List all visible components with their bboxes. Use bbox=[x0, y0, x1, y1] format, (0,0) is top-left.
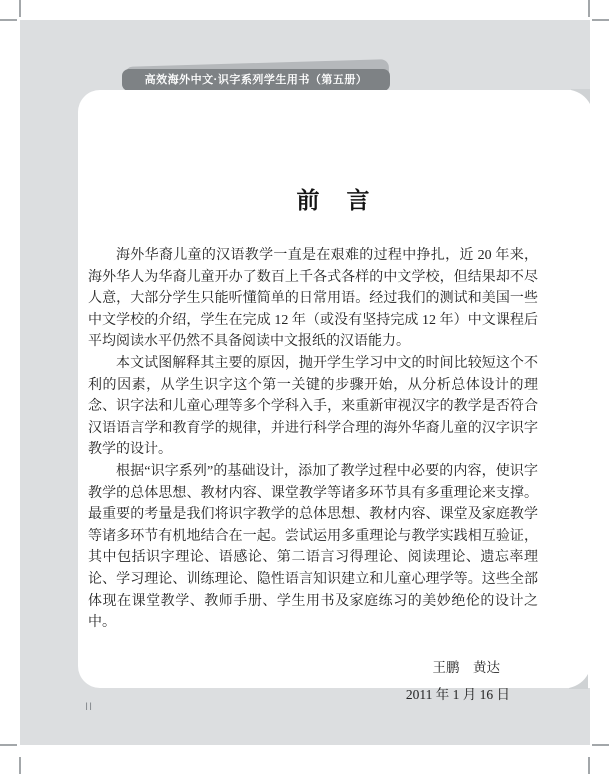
preface-paragraph: 根据“识字系列”的基础设计，添加了教学过程中必要的内容，使识字教学的总体思想、教… bbox=[88, 461, 538, 634]
page-number: II bbox=[85, 701, 93, 713]
signature-date: 2011 年 1 月 16 日 bbox=[88, 681, 510, 708]
scanned-preface-page: { "page": { "banner": "高效海外中文·识字系列学生用书（第… bbox=[0, 0, 609, 774]
content-panel: 前 言 海外华裔儿童的汉语教学一直是在艰难的过程中挣扎，近 20 年来，海外华人… bbox=[78, 90, 590, 688]
preface-paragraph: 海外华裔儿童的汉语教学一直是在艰难的过程中挣扎，近 20 年来，海外华人为华裔儿… bbox=[88, 245, 538, 353]
page-sheet: 高效海外中文·识字系列学生用书（第五册） 前 言 海外华裔儿童的汉语教学一直是在… bbox=[20, 20, 590, 745]
signature-block: 王鹏 黄达 2011 年 1 月 16 日 bbox=[88, 654, 538, 708]
preface-title: 前 言 bbox=[78, 182, 590, 215]
page-curl-top-decoration bbox=[571, 89, 590, 104]
crop-mark-line bbox=[592, 19, 609, 21]
crop-mark-line bbox=[19, 757, 21, 774]
crop-mark-line bbox=[588, 0, 590, 17]
crop-mark-line bbox=[0, 19, 17, 21]
signature-names: 王鹏 黄达 bbox=[88, 654, 510, 681]
preface-body: 海外华裔儿童的汉语教学一直是在艰难的过程中挣扎，近 20 年来，海外华人为华裔儿… bbox=[88, 245, 538, 634]
preface-paragraph: 本文试图解释其主要的原因，抛开学生学习中文的时间比较短这个不利的因素，从学生识字… bbox=[88, 353, 538, 461]
page-curl-bottom-decoration bbox=[569, 674, 588, 689]
crop-mark-line bbox=[19, 0, 21, 17]
crop-mark-line bbox=[592, 744, 609, 746]
crop-mark-line bbox=[0, 744, 17, 746]
crop-mark-line bbox=[588, 757, 590, 774]
series-banner: 高效海外中文·识字系列学生用书（第五册） bbox=[122, 69, 390, 91]
